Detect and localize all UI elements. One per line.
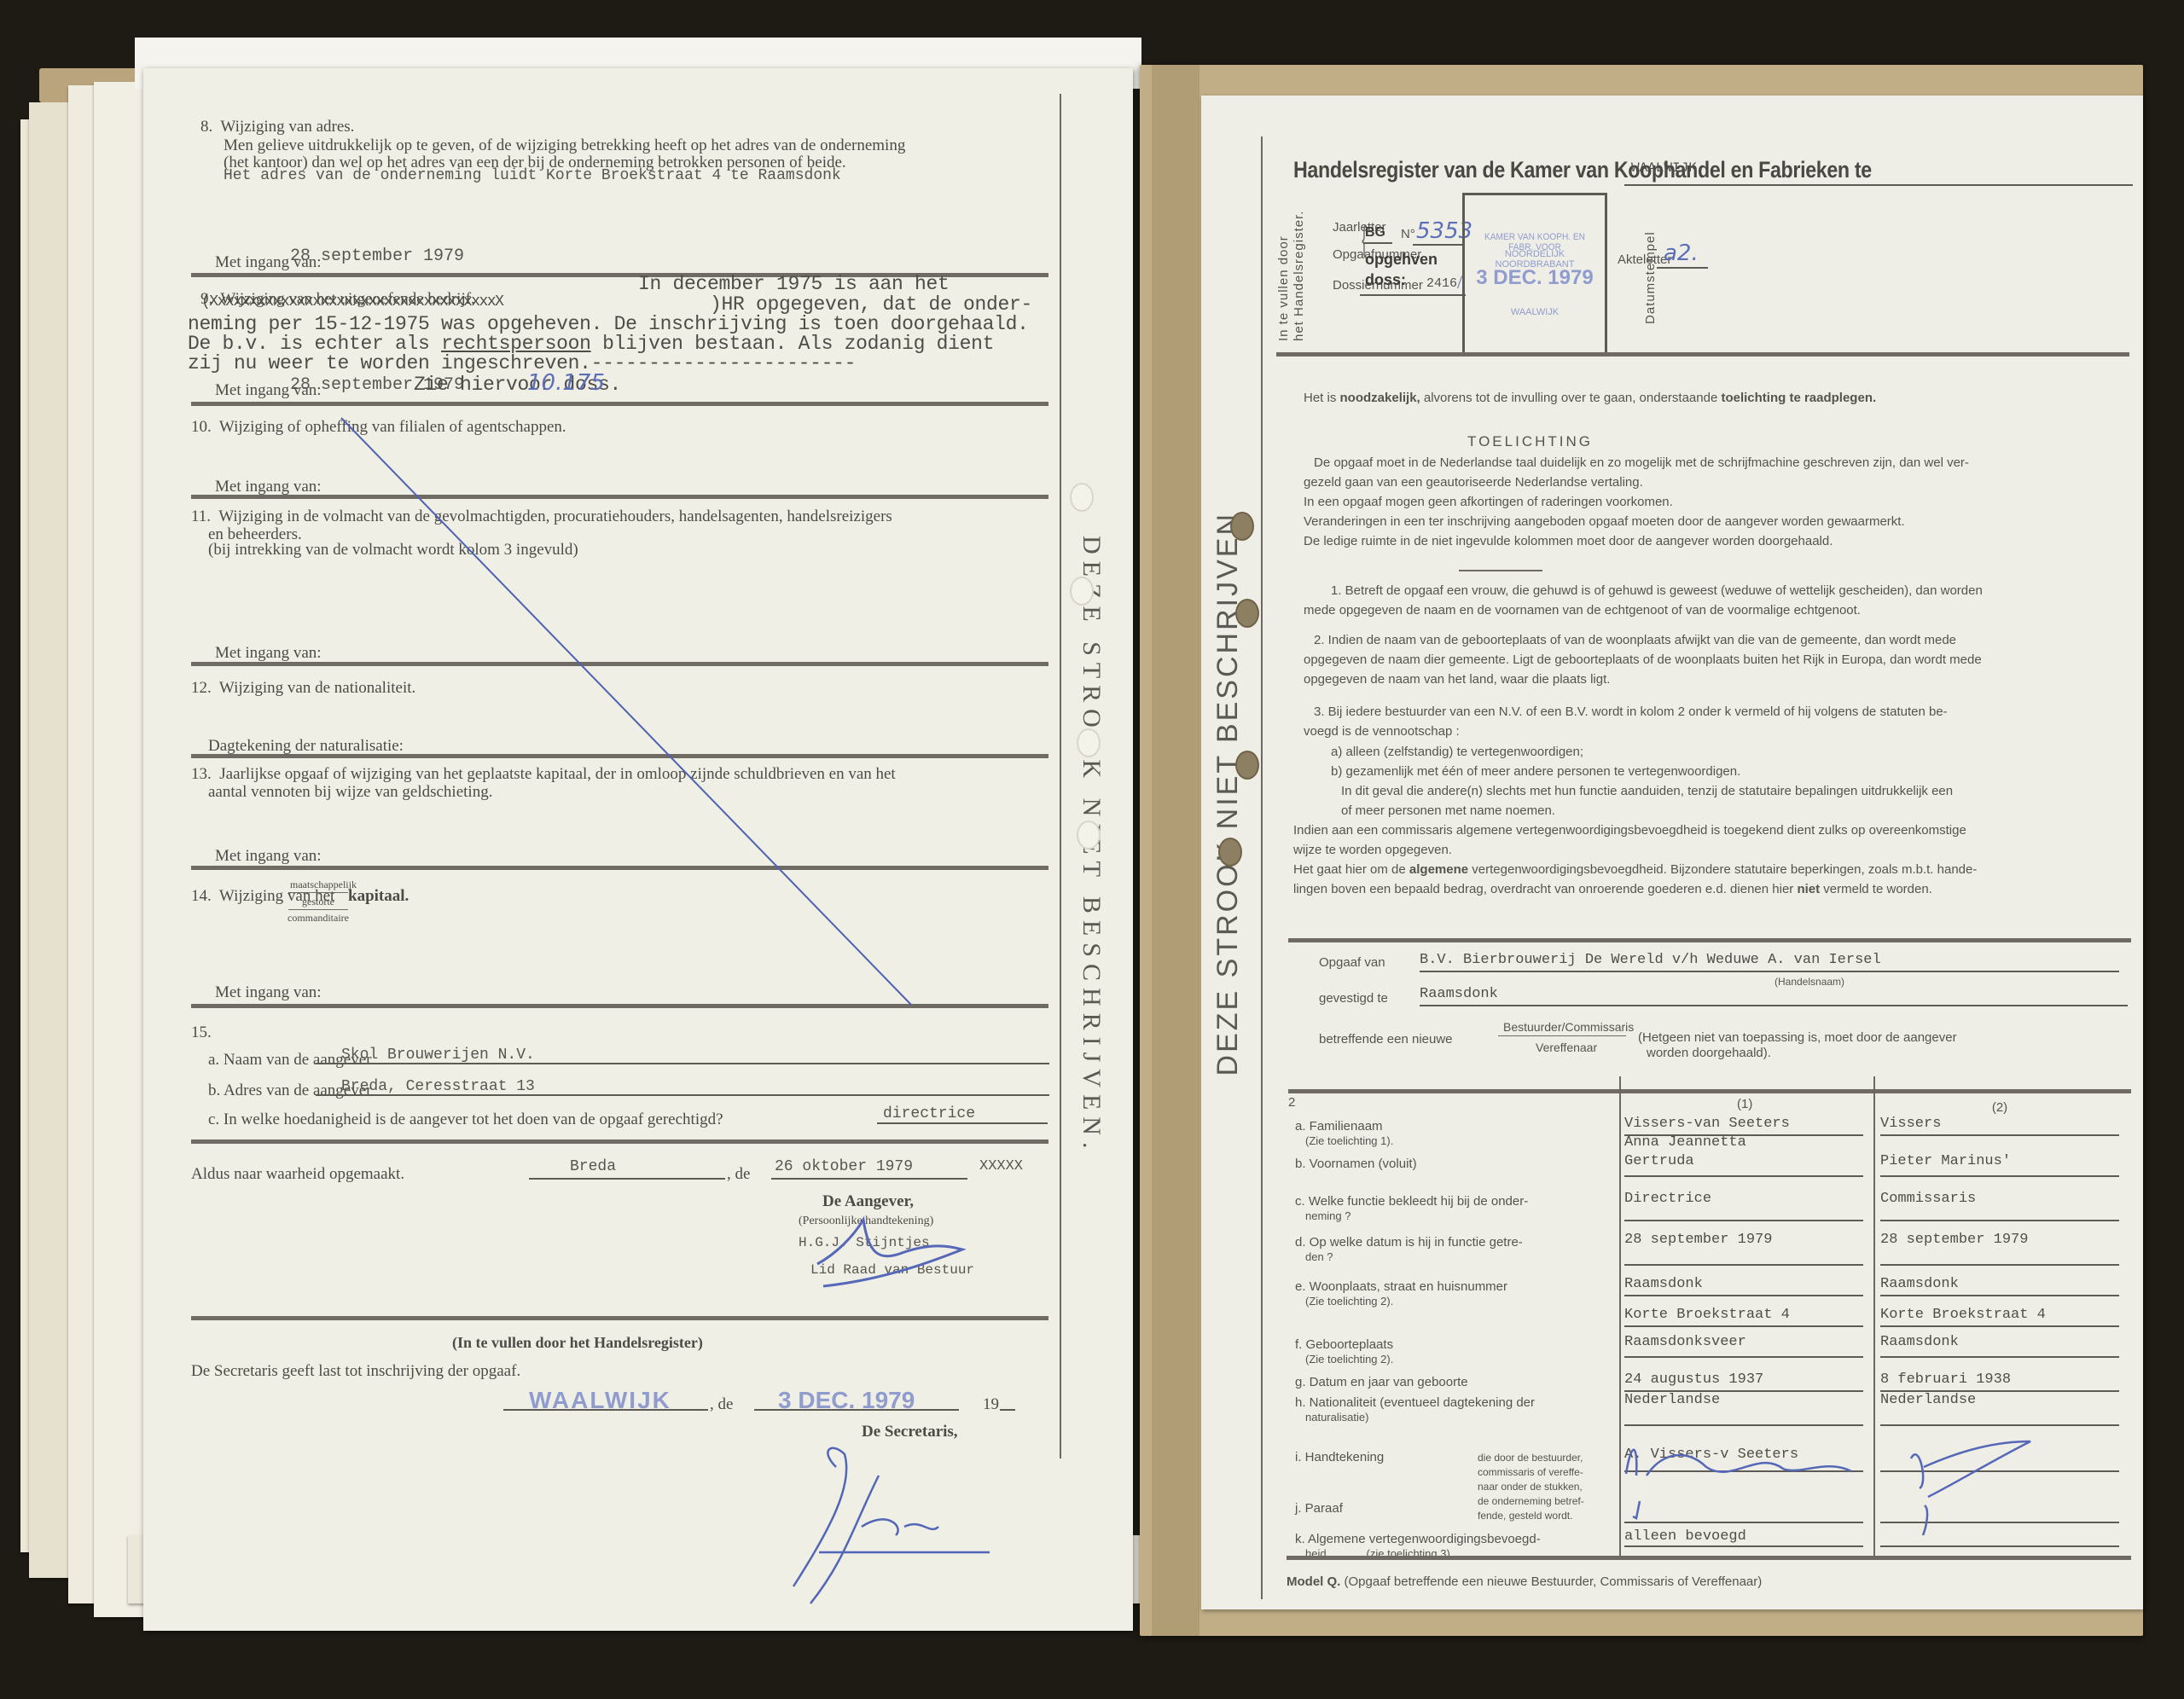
akteletter-value: a2. [1664,241,1699,266]
row-value: Directrice [1624,1191,1711,1207]
gevestigd-value: Raamsdonk [1420,986,1498,1002]
item15b-value: Breda, Ceresstraat 13 [341,1078,535,1095]
row-label: h. Nationaliteit (eventueel dagtekening … [1295,1395,1535,1410]
role-option-bestuurder-commissaris: Bestuurder/Commissaris [1503,1020,1634,1034]
row-sublabel: den ? [1305,1250,1333,1263]
item8-typed-address: Het adres van de onderneming luidt Korte… [224,167,841,184]
toelichting-text: De ledige ruimte in de niet ingevulde ko… [1304,534,1833,548]
field-underline [1624,1175,1863,1177]
field-underline [1880,1264,2119,1266]
field-underline [1624,1545,1863,1547]
divider [191,662,1048,666]
opgaaf-note: (Hetgeen niet van toepassing is, moet do… [1638,1030,1957,1045]
toelichting-note-2: opgegeven de naam dier gemeente. Ligt de… [1304,652,1982,667]
row-value: Korte Broekstraat 4 [1624,1307,1790,1323]
jaarletter-value: BG [1365,225,1385,241]
toelichting-note-3: Het gaat hier om de algemene vertegenwoo… [1293,862,1977,877]
toelichting-note-1: 1. Betreft de opgaaf een vrouw, die gehu… [1331,583,1983,598]
stamp-date: 3 DEC. 1979 [1471,266,1599,290]
signature-note: die door de bestuurder, [1478,1452,1583,1464]
row-value: Anna Jeannetta [1624,1134,1746,1151]
item15-number: 15. [191,1023,212,1042]
row-value: Commissaris [1880,1191,1976,1207]
row-value: 28 september 1979 [1624,1232,1772,1248]
row-sublabel: (Zie toelichting 1). [1305,1134,1393,1147]
toelichting-text: Veranderingen in een ter inschrijving aa… [1304,514,1905,529]
field-underline [316,1094,1049,1096]
row-value: Raamsdonk [1880,1334,1959,1350]
item13-title-cont: aantal vennoten bij wijze van geldschiet… [208,783,492,802]
signature-note: fende, gesteld wordt. [1478,1510,1572,1522]
signature-note: de onderneming betref- [1478,1495,1584,1507]
item9-typed-line: zij nu weer te worden ingeschreven.-----… [188,352,856,374]
field-underline [1624,1220,1863,1221]
item11-title: 11. Wijziging in de volmacht van de gevo… [191,507,892,526]
punch-hole [1077,728,1101,757]
register-heading: (In te vullen door het Handelsregister) [452,1334,703,1352]
opgaaf-note: worden doorgehaald). [1647,1046,1771,1060]
field-underline [1000,1409,1015,1411]
divider [1288,938,2131,942]
field-underline [754,1409,959,1411]
toelichting-note-3: In dit geval die andere(n) slechts met h… [1341,784,1953,798]
gevestigd-label: gevestigd te [1319,991,1388,1006]
row-value: Korte Broekstraat 4 [1880,1307,2046,1323]
row-value: Vissers-van Seeters [1624,1116,1790,1132]
item12-naturalisatie-label: Dagtekening der naturalisatie: [208,737,404,756]
row-label: j. Paraaf [1295,1501,1343,1516]
field-underline [1880,1522,2119,1523]
item8-ingang-value: 28 september 1979 [290,246,464,266]
opgaaf-note: doss: [1365,271,1406,289]
item10-ingang-label: Met ingang van: [215,478,322,496]
item8-instruction: Men gelieve uitdrukkelijk op te geven, o… [224,136,905,155]
divider [191,495,1048,499]
row-sublabel: (Zie toelichting 2). [1305,1353,1393,1366]
field-underline [1880,1295,2119,1296]
punch-hole [1070,577,1094,606]
row-value: 24 augustus 1937 [1624,1371,1763,1388]
field-underline [771,1178,967,1180]
row-label: d. Op welke datum is hij in functie getr… [1295,1235,1523,1250]
row-value: Nederlandse [1624,1392,1720,1408]
row-sublabel: neming ? [1305,1209,1350,1222]
row-label: e. Woonplaats, straat en huisnummer [1295,1279,1507,1294]
aangever-role: Lid Raad van Bestuur [810,1262,974,1278]
item15c-value: directrice [883,1105,975,1122]
field-underline [1880,1220,2119,1221]
column-divider [1873,1076,1875,1558]
field-underline [1624,1356,1863,1358]
short-divider [1459,570,1542,571]
register-city: WAALWIJK [1631,160,1697,176]
field-underline [316,1063,1049,1064]
declaration-date: 26 oktober 1979 [775,1158,913,1175]
toelichting-note-3: wijze te worden opgegeven. [1293,843,1452,857]
declaration-de: , de [727,1165,750,1184]
toelichting-note-3: lingen boven een bepaald bedrag, overdra… [1293,882,1932,896]
row-value: A. Vissers-v Seeters [1624,1447,1798,1463]
punch-hole [1070,483,1094,512]
item14-option-commanditaire: commanditaire [287,912,350,925]
aangever-name: H.G.J. Stijntjes [799,1235,930,1250]
item13-ingang-label: Met ingang van: [215,847,322,866]
row-label: f. Geboorteplaats [1295,1337,1393,1352]
punch-hole [1230,512,1254,541]
toelichting-note-3: of meer personen met name noemen. [1341,803,1555,818]
declaration-place: Breda [570,1158,616,1175]
item14-option-maatschappelijk: maatschappelijk [290,878,346,891]
field-underline [1624,1325,1863,1327]
field-underline [503,1409,708,1411]
punch-hole [1235,599,1259,628]
field-underline [1624,1470,1863,1472]
divider [1276,352,2129,357]
declaration-label: Aldus naar waarheid opgemaakt. [191,1165,404,1184]
item15c-label: c. In welke hoedanigheid is de aangever … [208,1110,723,1129]
number-label: N° [1401,227,1415,241]
option-divider [1498,1035,1626,1036]
secretaris-label: De Secretaris, [862,1423,958,1441]
opgaaf-note: opgehven [1365,251,1438,269]
field-underline [1420,971,2119,972]
divider [191,866,1048,870]
item13-title: 13. Jaarlijkse opgaaf of wijziging van h… [191,765,896,784]
field-underline [1624,1522,1863,1523]
column-header-2: (2) [1897,1100,2102,1115]
field-underline [1624,1264,1863,1266]
toelichting-note-2: 2. Indien de naam van de geboorteplaats … [1314,633,1956,647]
row-value: Gertruda [1624,1153,1694,1169]
toelichting-note-3: 3. Bij iedere bestuurder van een N.V. of… [1314,705,1948,719]
toelichting-note-3: Indien aan een commissaris algemene vert… [1293,823,1966,838]
row-value: Vissers [1880,1116,1941,1132]
row-label: c. Welke functie bekleedt hij bij de ond… [1295,1194,1528,1209]
row-value: alleen bevoegd [1624,1528,1746,1545]
field-underline [1880,1134,2119,1136]
model-footer: Model Q. (Opgaaf betreffende een nieuwe … [1287,1574,1762,1589]
item14-option-gestorte: gestorte [290,896,346,908]
handelsnaam-caption: (Handelsnaam) [1774,976,1844,988]
field-underline [877,1122,1048,1124]
item15a-value: Skol Brouwerijen N.V. [341,1047,535,1064]
row-label: i. Handtekening [1295,1450,1384,1464]
item9-handwritten-dossier: 10.175 [527,370,605,396]
field-underline [1880,1325,2119,1327]
field-underline [1413,244,1464,246]
row-value: Raamsdonk [1880,1276,1959,1292]
field-underline [1624,184,2133,186]
field-underline [1880,1356,2119,1358]
field-underline [1624,1424,1863,1426]
strip-border-line [1261,136,1263,1599]
folder-spine [1152,65,1199,1636]
register-de: , de [710,1395,733,1414]
field-underline [1624,1295,1863,1296]
row-label: k. Algemene vertegenwoordigingsbevoegd- [1295,1532,1541,1546]
divider [1287,1556,2131,1560]
role-option-vereffenaar: Vereffenaar [1536,1041,1597,1054]
aangever-title: De Aangever, [822,1192,914,1211]
punch-hole [1235,751,1259,780]
row-value: Pieter Marinus' [1880,1153,2011,1169]
toelichting-note-1: mede opgegeven de naam en de voornamen v… [1304,603,1861,618]
toelichting-text: gezeld gaan van een geautoriseerde Neder… [1304,475,1643,490]
field-underline [529,1178,725,1180]
register-instruction: De Secretaris geeft last tot inschrijvin… [191,1362,520,1381]
toelichting-text: De opgaaf moet in de Nederlandse taal du… [1314,455,1969,470]
field-underline [1880,1470,2119,1472]
row-label: g. Datum en jaar van geboorte [1295,1375,1468,1389]
toelichting-title: TOELICHTING [1467,433,1593,450]
row-value: Raamsdonksveer [1624,1334,1746,1350]
intro-text: Het is noodzakelijk, alvorens tot de inv… [1304,391,1876,405]
toelichting-text: In een opgaaf mogen geen afkortingen of … [1304,495,1673,509]
item11-note: (bij intrekking van de volmacht wordt ko… [208,541,578,560]
row-label: a. Familienaam [1295,1119,1383,1134]
field-underline [1657,267,1708,269]
toelichting-note-3-option: b) gezamenlijk met één of meer andere pe… [1331,764,1740,779]
divider [191,1316,1048,1320]
punch-hole [1077,821,1101,849]
betreffende-label: betreffende een nieuwe [1319,1032,1453,1047]
column-header-1: (1) [1737,1097,1752,1111]
divider [1288,1089,2131,1093]
row-value: 8 februari 1938 [1880,1371,2011,1388]
signature-note: commissaris of vereffe- [1478,1466,1583,1478]
row-value: Raamsdonk [1624,1276,1703,1292]
dossiernummer-value: 2416 [1426,276,1457,291]
side-label: het Handelsregister. [1292,211,1306,341]
section-number: 2 [1288,1095,1295,1110]
toelichting-note-3: voegd is de vennootschap : [1304,724,1460,739]
field-underline [1363,242,1392,244]
divider [191,402,1048,406]
register-year: 19 [983,1395,999,1414]
divider [191,754,1048,758]
item14-ingang-label: Met ingang van: [215,983,322,1002]
field-underline [1360,294,1466,296]
option-divider [288,909,348,910]
option-divider [288,892,348,893]
declaration-year-suffix: XXXXX [979,1158,1023,1174]
item12-title: 12. Wijziging van de nationaliteit. [191,679,415,698]
aangever-note: (Persoonlijke handtekening) [799,1215,933,1228]
handelsnaam-value: B.V. Bierbrouwerij De Wereld v/h Weduwe … [1420,952,1881,968]
signature-note: naar onder de stukken, [1478,1481,1583,1493]
strip-warning-text: DEZE STROOK NIET BESCHRIJVEN [1211,512,1245,1076]
stamp-city: WAALWIJK [1471,307,1599,317]
row-value: 28 september 1979 [1880,1232,2028,1248]
field-underline [1880,1424,2119,1426]
divider [191,1139,1048,1144]
datumstempel-label: Datumstempel [1643,231,1658,324]
side-label: In te vullen door [1276,235,1291,341]
toelichting-note-2: opgegeven de naam van het land, waar die… [1304,672,1610,687]
item9-struck-text: (XxxxxxxxxxxxxxxxxxxxxxxxxxxxxxxxxxxxX [201,293,502,310]
strip-border-line [1060,94,1061,1458]
item14-suffix: kapitaal. [348,887,409,906]
item9-typed-line: In december 1975 is aan het [638,273,950,295]
opgaaf-label: Opgaaf van [1319,955,1385,970]
field-underline [1420,1005,2128,1006]
item11-ingang-label: Met ingang van: [215,644,322,663]
field-underline [1880,1545,2119,1547]
row-label: b. Voornamen (voluit) [1295,1157,1417,1171]
row-sublabel: naturalisatie) [1305,1411,1368,1424]
column-divider [1619,1076,1621,1558]
divider [191,1004,1048,1008]
item8-title: 8. Wijziging van adres. [200,118,354,136]
form-title: Handelsregister van de Kamer van Koophan… [1293,157,1872,183]
field-underline [1880,1175,2119,1177]
row-value: Nederlandse [1880,1392,1976,1408]
row-sublabel: (Zie toelichting 2). [1305,1295,1393,1308]
toelichting-note-3-option: a) alleen (zelfstandig) te vertegenwoord… [1331,745,1583,759]
item10-title: 10. Wijziging of opheffing van filialen … [191,418,566,437]
punch-hole [1218,838,1242,867]
